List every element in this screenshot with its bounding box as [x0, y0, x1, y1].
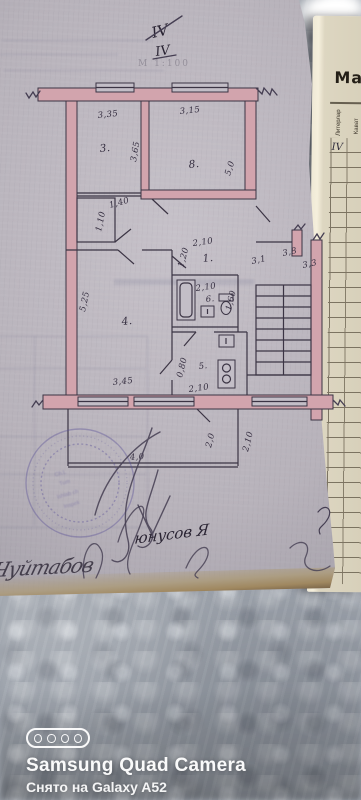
dim-label: 5,25	[78, 290, 92, 312]
stamp-text-line: Ch.L	[54, 470, 67, 479]
dim-label: 1,20	[176, 246, 191, 269]
break-mark	[313, 233, 324, 240]
stamp-text-line: Tum	[59, 479, 71, 488]
window-icon	[252, 397, 307, 406]
break-mark	[32, 400, 43, 407]
dim-label: 3,1	[251, 254, 267, 267]
signature-flourish	[318, 507, 330, 534]
dim-label: 1,60	[224, 289, 239, 312]
sink-icon	[201, 306, 214, 317]
break-mark	[256, 88, 277, 95]
watermark-subtitle: Снято на Galaxy A52	[26, 779, 246, 795]
camera-lens-icon	[61, 734, 69, 743]
stamp-text-line: Inspek	[63, 500, 80, 510]
quad-camera-icon	[26, 728, 90, 748]
dim-label: 3,45	[112, 376, 133, 388]
room-label: 8.	[188, 158, 200, 171]
camera-watermark: Samsung Quad Camera Снято на Galaxy A52	[26, 728, 246, 795]
floor-plan-drawing: IV IV М 1:100	[0, 0, 361, 800]
dim-label: 3,15	[179, 105, 200, 117]
scale-note: М 1:100	[138, 59, 190, 69]
room-label: 6.	[205, 294, 215, 305]
balcony-door-leaf	[197, 409, 210, 422]
room-labels: 3. 8. 1. 4. 6. 5.	[99, 142, 215, 372]
handwritten-floor-marks: IV IV	[146, 16, 182, 60]
dim-label: 3,35	[97, 109, 118, 121]
room-label: 1.	[202, 252, 214, 265]
door-leaf	[118, 250, 134, 264]
washbasin-icon	[219, 335, 234, 347]
camera-lens-icon	[47, 734, 55, 743]
door-leaf	[256, 206, 270, 222]
signature-main-flourish	[83, 506, 330, 578]
door-leaf	[184, 332, 196, 346]
signature-name: юнусов Я	[134, 520, 211, 547]
dim-label: 0,80	[175, 356, 190, 379]
window-icon	[78, 397, 128, 406]
room-label: 3.	[99, 142, 111, 155]
room-divider-wall	[141, 101, 149, 198]
round-seal-stamp: Ch.L Tum Ishlab ch Inspek	[26, 429, 134, 537]
pencil-stroke	[95, 432, 160, 515]
camera-lens-icon	[74, 734, 82, 743]
watermark-title: Samsung Quad Camera	[26, 755, 246, 777]
stove-icon	[218, 360, 235, 388]
camera-lens-icon	[34, 734, 42, 743]
dim-label: 1,10	[94, 210, 108, 232]
dim-label: 2,10	[191, 236, 214, 249]
break-mark	[333, 400, 345, 406]
dim-label: 3,8	[282, 246, 299, 259]
door-leaf	[160, 360, 172, 374]
mid-bearing-wall	[141, 190, 256, 199]
bathtub-icon	[177, 280, 195, 320]
dim-label: 2,10	[241, 430, 256, 453]
room-label: 5.	[198, 361, 208, 372]
window-icon	[96, 83, 134, 92]
dim-label: 5,0	[223, 160, 237, 177]
window-icon	[134, 397, 194, 406]
stamp-text-line: Ishlab ch	[56, 489, 79, 501]
door-leaf	[115, 229, 131, 242]
door-leaf	[152, 199, 168, 214]
room-label: 4.	[120, 315, 133, 328]
dim-label: 2,10	[194, 281, 217, 294]
window-icon	[172, 83, 228, 92]
staircase	[256, 285, 311, 375]
right-exterior-wall	[245, 101, 256, 198]
dim-label: 2,0	[204, 432, 218, 450]
dim-label: 2,10	[187, 382, 210, 395]
break-mark	[294, 224, 305, 230]
